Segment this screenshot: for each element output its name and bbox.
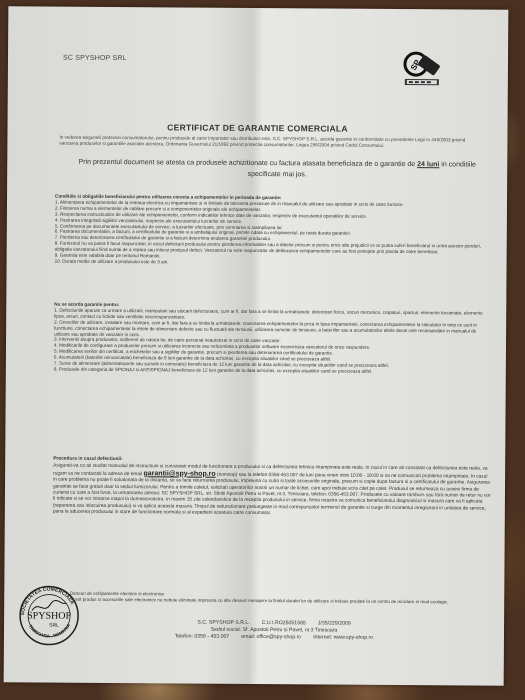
svg-text:SP: SP [409, 58, 422, 72]
spyshop-camera-logo-icon: SP [401, 49, 443, 89]
footer-web[interactable]: Internet: www.spy-shop.ro [313, 634, 373, 640]
company-name: SC SPYSHOP SRL [63, 55, 127, 62]
stamp-name: SPYSHOP [27, 610, 71, 621]
footer-email[interactable]: email: office@spy-shop.ro [241, 634, 301, 640]
footer-company: S.C. SPYSHOP S.R.L. [197, 620, 249, 626]
conditions-section: Conditiile si obligatiile beneficiarului… [55, 194, 493, 268]
company-footer: S.C. SPYSHOP S.R.L.C.U.I.RO25051565J/35/… [124, 619, 424, 642]
weee-notice: Deseuri de echipamente electrice si elec… [70, 591, 490, 605]
warranty-period: 24 luni [417, 161, 439, 168]
warranty-email-link[interactable]: garantii@spy-shop.ro [143, 470, 215, 478]
warranty-certificate-page: SC SPYSHOP SRL SP CERTIFICAT DE GARANTIE… [4, 6, 509, 685]
intro-paragraph: In vederea asigurarii protectiei consuma… [59, 135, 484, 150]
document-title: CERTIFICAT DE GARANTIE COMERCIALA [7, 121, 507, 134]
footer-cui: C.U.I.RO25051565 [262, 620, 306, 626]
procedure-text-after-email: (nonstop) sau la telefon 0356-453.007 de… [53, 473, 491, 517]
attest-text-before: Prin prezentul document se atesta ca pro… [79, 159, 418, 168]
warranty-attestation: Prin prezentul document se atesta ca pro… [67, 157, 487, 182]
exclusions-section: Nu se acorda garantie pentru: 1. Defecti… [54, 302, 492, 376]
stamp-suffix: SRL [49, 623, 59, 629]
footer-phone: Telefon: 0356 - 453.007 [175, 633, 230, 639]
procedure-text: Asigurati-va ca ati studiat manualul de … [53, 464, 491, 519]
procedure-section: Procedura in cazul defectiunii: Asigurat… [53, 457, 491, 520]
footer-reg: J/35/229/2009 [318, 620, 351, 626]
